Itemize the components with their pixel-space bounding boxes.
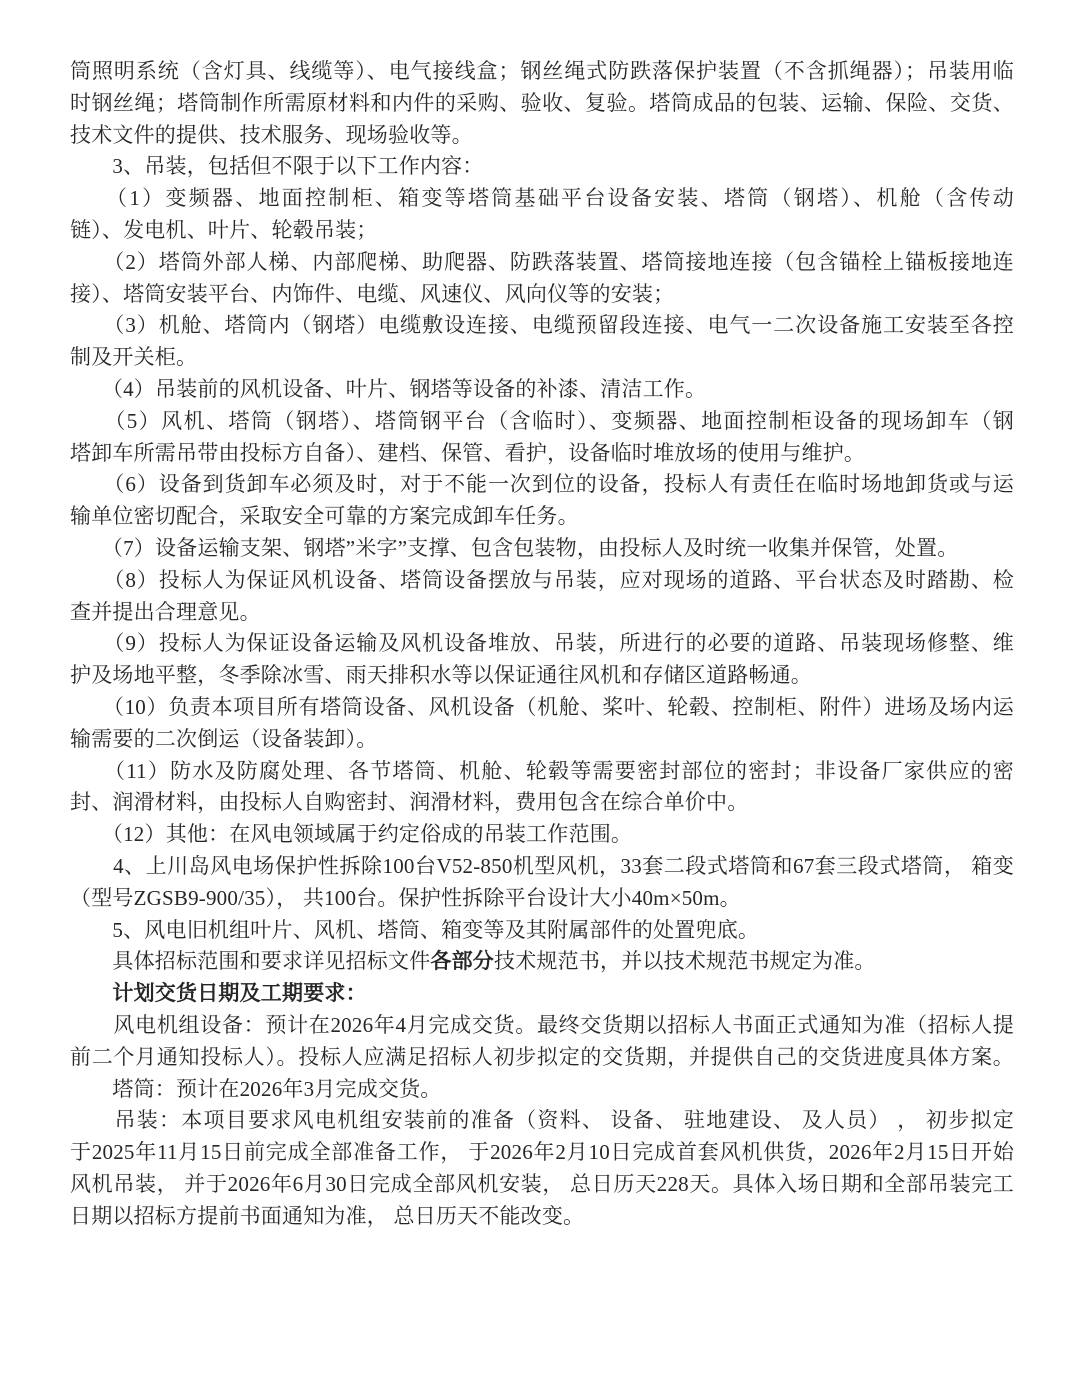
text-segment: 具体招标范围和要求详见招标文件 — [70, 949, 430, 973]
text-segment: （3）机舱、塔筒内（钢塔）电缆敷设连接、电缆预留段连接、电气一二次设备施工安装至… — [70, 313, 1014, 337]
document-line: 接）、塔筒安装平台、内饰件、电缆、风速仪、风向仪等的安装； — [70, 279, 1014, 311]
document-line: 封、润滑材料，由投标人自购密封、润滑材料，费用包含在综合单价中。 — [70, 787, 1014, 819]
document-line: 风电机组设备：预计在2026年4月完成交货。最终交货期以招标人书面正式通知为准（… — [70, 1010, 1014, 1042]
document-line: 链）、发电机、叶片、轮毂吊装； — [70, 215, 1014, 247]
bold-text-segment: 各部分 — [430, 949, 494, 973]
document-line: 3、吊装，包括但不限于以下工作内容： — [70, 151, 1014, 183]
document-page: 筒照明系统（含灯具、线缆等）、电气接线盒；钢丝绳式防跌落保护装置（不含抓绳器）；… — [0, 0, 1080, 1398]
text-segment: 风机吊装， 并于2026年6月30日完成全部风机安装， 总日历天228天。具体入… — [70, 1172, 1014, 1196]
document-line: （型号ZGSB9-900/35）， 共100台。保护性拆除平台设计大小40m×5… — [70, 883, 1014, 915]
text-segment: 前二个月通知投标人）。投标人应满足招标人初步拟定的交货期，并提供自己的交货进度具… — [70, 1045, 1014, 1069]
text-segment: 筒照明系统（含灯具、线缆等）、电气接线盒；钢丝绳式防跌落保护装置（不含抓绳器）；… — [70, 59, 1014, 83]
document-line: 于2025年11月15日前完成全部准备工作， 于2026年2月10日完成首套风机… — [70, 1137, 1014, 1169]
document-line: （2）塔筒外部人梯、内部爬梯、助爬器、防跌落装置、塔筒接地连接（包含锚栓上锚板接… — [70, 247, 1014, 279]
document-line: （12）其他：在风电领域属于约定俗成的吊装工作范围。 — [70, 819, 1014, 851]
text-segment: 输需要的二次倒运（设备装卸）。 — [70, 727, 378, 751]
text-segment: （1）变频器、地面控制柜、箱变等塔筒基础平台设备安装、塔筒（钢塔）、机舱（含传动 — [70, 186, 1014, 210]
text-segment: 5、风电旧机组叶片、风机、塔筒、箱变等及其附属部件的处置兜底。 — [70, 918, 759, 942]
document-line: 计划交货日期及工期要求： — [70, 978, 1014, 1010]
document-line: 前二个月通知投标人）。投标人应满足招标人初步拟定的交货期，并提供自己的交货进度具… — [70, 1042, 1014, 1074]
text-segment: 4、上川岛风电场保护性拆除100台V52-850机型风机，33套二段式塔筒和67… — [70, 854, 1014, 878]
text-segment: （型号ZGSB9-900/35）， 共100台。保护性拆除平台设计大小40m×5… — [70, 886, 741, 910]
document-line: 4、上川岛风电场保护性拆除100台V52-850机型风机，33套二段式塔筒和67… — [70, 851, 1014, 883]
text-segment: （10）负责本项目所有塔筒设备、风机设备（机舱、桨叶、轮毂、控制柜、附件）进场及… — [70, 695, 1014, 719]
text-segment: 风电机组设备：预计在2026年4月完成交货。最终交货期以招标人书面正式通知为准（… — [70, 1013, 1014, 1037]
document-line: 风机吊装， 并于2026年6月30日完成全部风机安装， 总日历天228天。具体入… — [70, 1169, 1014, 1201]
document-line: （4）吊装前的风机设备、叶片、钢塔等设备的补漆、清洁工作。 — [70, 374, 1014, 406]
text-segment: 日期以招标方提前书面通知为准， 总日历天不能改变。 — [70, 1204, 584, 1228]
document-line: 输需要的二次倒运（设备装卸）。 — [70, 724, 1014, 756]
document-line: 查并提出合理意见。 — [70, 597, 1014, 629]
text-segment: 技术规范书，并以技术规范书规定为准。 — [494, 949, 876, 973]
text-segment: （9）投标人为保证设备运输及风机设备堆放、吊装，所进行的必要的道路、吊装现场修整… — [70, 631, 1014, 655]
document-line: （6）设备到货卸车必须及时，对于不能一次到位的设备，投标人有责任在临时场地卸货或… — [70, 469, 1014, 501]
text-segment: 护及场地平整，冬季除冰雪、雨天排积水等以保证通往风机和存储区道路畅通。 — [70, 663, 812, 687]
text-segment: （7）设备运输支架、钢塔”米字”支撑、包含包装物，由投标人及时统一收集并保管，处… — [70, 536, 958, 560]
document-line: 时钢丝绳；塔筒制作所需原材料和内件的采购、验收、复验。塔筒成品的包装、运输、保险… — [70, 88, 1014, 120]
text-segment: 技术文件的提供、技术服务、现场验收等。 — [70, 123, 473, 147]
document-line: 护及场地平整，冬季除冰雪、雨天排积水等以保证通往风机和存储区道路畅通。 — [70, 660, 1014, 692]
document-line: （8）投标人为保证风机设备、塔筒设备摆放与吊装，应对现场的道路、平台状态及时踏勘… — [70, 565, 1014, 597]
text-segment: （5）风机、塔筒（钢塔）、塔筒钢平台（含临时）、变频器、地面控制柜设备的现场卸车… — [70, 409, 1014, 433]
text-segment: 封、润滑材料，由投标人自购密封、润滑材料，费用包含在综合单价中。 — [70, 790, 748, 814]
document-line: 塔卸车所需吊带由投标方自备）、建档、保管、看护，设备临时堆放场的使用与维护。 — [70, 438, 1014, 470]
document-line: （5）风机、塔筒（钢塔）、塔筒钢平台（含临时）、变频器、地面控制柜设备的现场卸车… — [70, 406, 1014, 438]
text-segment: （4）吊装前的风机设备、叶片、钢塔等设备的补漆、清洁工作。 — [70, 377, 706, 401]
text-segment: 塔筒：预计在2026年3月完成交货。 — [70, 1077, 442, 1101]
text-segment: 时钢丝绳；塔筒制作所需原材料和内件的采购、验收、复验。塔筒成品的包装、运输、保险… — [70, 91, 1014, 115]
document-line: 输单位密切配合，采取安全可靠的方案完成卸车任务。 — [70, 501, 1014, 533]
document-line: 具体招标范围和要求详见招标文件各部分技术规范书，并以技术规范书规定为准。 — [70, 946, 1014, 978]
document-line: （7）设备运输支架、钢塔”米字”支撑、包含包装物，由投标人及时统一收集并保管，处… — [70, 533, 1014, 565]
text-segment: （11）防水及防腐处理、各节塔筒、机舱、轮毂等需要密封部位的密封；非设备厂家供应… — [70, 759, 1014, 783]
document-body: 筒照明系统（含灯具、线缆等）、电气接线盒；钢丝绳式防跌落保护装置（不含抓绳器）；… — [70, 56, 1014, 1232]
document-line: （11）防水及防腐处理、各节塔筒、机舱、轮毂等需要密封部位的密封；非设备厂家供应… — [70, 756, 1014, 788]
document-line: （3）机舱、塔筒内（钢塔）电缆敷设连接、电缆预留段连接、电气一二次设备施工安装至… — [70, 310, 1014, 342]
document-line: 塔筒：预计在2026年3月完成交货。 — [70, 1074, 1014, 1106]
document-line: 制及开关柜。 — [70, 342, 1014, 374]
text-segment: （8）投标人为保证风机设备、塔筒设备摆放与吊装，应对现场的道路、平台状态及时踏勘… — [70, 568, 1014, 592]
text-segment: 制及开关柜。 — [70, 345, 197, 369]
document-line: （9）投标人为保证设备运输及风机设备堆放、吊装，所进行的必要的道路、吊装现场修整… — [70, 628, 1014, 660]
text-segment: 链）、发电机、叶片、轮毂吊装； — [70, 218, 378, 242]
text-segment: 接）、塔筒安装平台、内饰件、电缆、风速仪、风向仪等的安装； — [70, 282, 674, 306]
document-line: 5、风电旧机组叶片、风机、塔筒、箱变等及其附属部件的处置兜底。 — [70, 915, 1014, 947]
text-segment: （2）塔筒外部人梯、内部爬梯、助爬器、防跌落装置、塔筒接地连接（包含锚栓上锚板接… — [70, 250, 1014, 274]
text-segment: 输单位密切配合，采取安全可靠的方案完成卸车任务。 — [70, 504, 579, 528]
text-segment: 查并提出合理意见。 — [70, 600, 261, 624]
document-line: 日期以招标方提前书面通知为准， 总日历天不能改变。 — [70, 1201, 1014, 1233]
bold-text-segment: 计划交货日期及工期要求： — [70, 981, 367, 1005]
text-segment: 3、吊装，包括但不限于以下工作内容： — [70, 154, 484, 178]
document-line: （1）变频器、地面控制柜、箱变等塔筒基础平台设备安装、塔筒（钢塔）、机舱（含传动 — [70, 183, 1014, 215]
document-line: 技术文件的提供、技术服务、现场验收等。 — [70, 120, 1014, 152]
text-segment: 塔卸车所需吊带由投标方自备）、建档、保管、看护，设备临时堆放场的使用与维护。 — [70, 441, 865, 465]
text-segment: （6）设备到货卸车必须及时，对于不能一次到位的设备，投标人有责任在临时场地卸货或… — [70, 472, 1014, 496]
document-line: 筒照明系统（含灯具、线缆等）、电气接线盒；钢丝绳式防跌落保护装置（不含抓绳器）；… — [70, 56, 1014, 88]
text-segment: 吊装：本项目要求风电机组安装前的准备（资料、 设备、 驻地建设、 及人员） ， … — [70, 1108, 1014, 1132]
document-line: 吊装：本项目要求风电机组安装前的准备（资料、 设备、 驻地建设、 及人员） ， … — [70, 1105, 1014, 1137]
document-line: （10）负责本项目所有塔筒设备、风机设备（机舱、桨叶、轮毂、控制柜、附件）进场及… — [70, 692, 1014, 724]
text-segment: （12）其他：在风电领域属于约定俗成的吊装工作范围。 — [70, 822, 632, 846]
text-segment: 于2025年11月15日前完成全部准备工作， 于2026年2月10日完成首套风机… — [70, 1140, 1014, 1164]
